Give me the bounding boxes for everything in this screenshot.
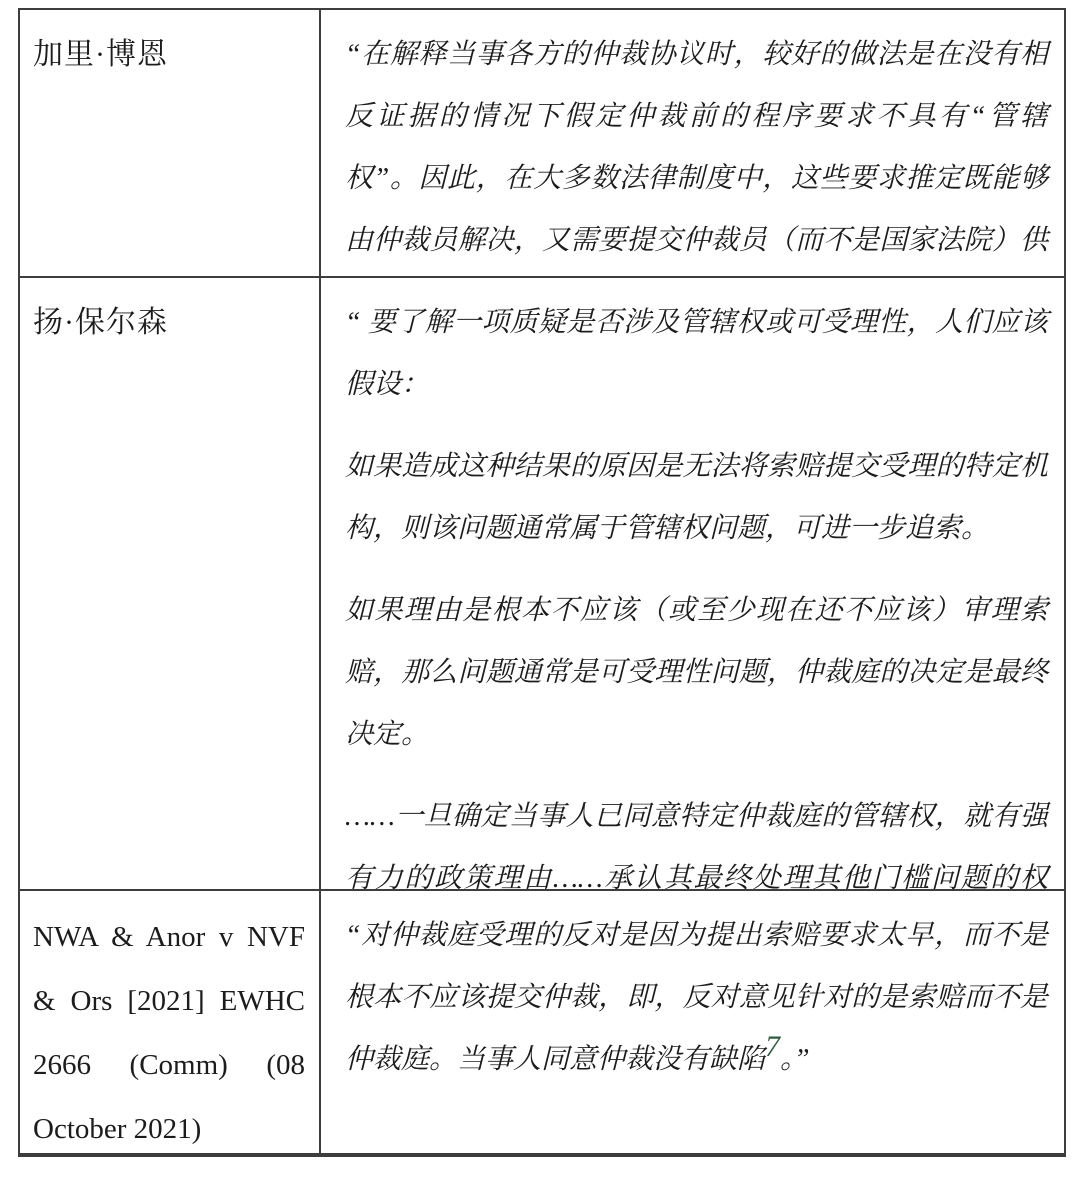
source-cell: 扬·保尔森: [20, 278, 321, 889]
quote-cell: “ 要了解一项质疑是否涉及管辖权或可受理性，人们应该假设： 如果造成这种结果的原…: [321, 278, 1064, 889]
quote-text: 如果造成这种结果的原因是无法将索赔提交受理的特定机构，则该问题通常属于管辖权问题…: [345, 451, 1048, 544]
quotes-table: 加里·博恩 “在解释当事各方的仲裁协议时，较好的做法是在没有相反证据的情况下假定…: [18, 8, 1066, 1157]
quote-cell: “在解释当事各方的仲裁协议时，较好的做法是在没有相反证据的情况下假定仲裁前的程序…: [321, 10, 1064, 276]
document-page: 加里·博恩 “在解释当事各方的仲裁协议时，较好的做法是在没有相反证据的情况下假定…: [0, 0, 1080, 1185]
quote-text: “对仲裁庭受理的反对是因为提出索赔要求太早，而不是根本不应该提交仲裁，即，反对意…: [345, 920, 1048, 1075]
case-citation: NWA & Anor v NVF & Ors [2021] EWHC 2666 …: [33, 905, 305, 1153]
quote-cell: “对仲裁庭受理的反对是因为提出索赔要求太早，而不是根本不应该提交仲裁，即，反对意…: [321, 891, 1064, 1153]
quote-text-end: 。”: [780, 1044, 810, 1075]
quote-paragraph: 如果造成这种结果的原因是无法将索赔提交受理的特定机构，则该问题通常属于管辖权问题…: [345, 436, 1048, 560]
quote-paragraph: 如果理由是根本不应该（或至少现在还不应该）审理索赔，那么问题通常是可受理性问题，…: [345, 580, 1048, 766]
quote-paragraph: “对仲裁庭受理的反对是因为提出索赔要求太早，而不是根本不应该提交仲裁，即，反对意…: [345, 905, 1048, 1091]
table-row-jan-paulsson: 扬·保尔森 “ 要了解一项质疑是否涉及管辖权或可受理性，人们应该假设： 如果造成…: [20, 278, 1064, 891]
source-cell: 加里·博恩: [20, 10, 321, 276]
author-name: 加里·博恩: [33, 24, 305, 86]
author-name: 扬·保尔森: [33, 292, 305, 354]
source-cell: NWA & Anor v NVF & Ors [2021] EWHC 2666 …: [20, 891, 321, 1153]
quote-text: ……一旦确定当事人已同意特定仲裁庭的管辖权，就有强有力的政策理由……承认其最终处…: [345, 801, 1048, 889]
quote-text: 如果理由是根本不应该（或至少现在还不应该）审理索赔，那么问题通常是可受理性问题，…: [345, 595, 1048, 750]
table-row-gary-born: 加里·博恩 “在解释当事各方的仲裁协议时，较好的做法是在没有相反证据的情况下假定…: [20, 10, 1064, 278]
quote-paragraph: ……一旦确定当事人已同意特定仲裁庭的管辖权，就有强有力的政策理由……承认其最终处…: [345, 786, 1048, 889]
table-row-nwa-case: NWA & Anor v NVF & Ors [2021] EWHC 2666 …: [20, 891, 1064, 1153]
quote-text: “ 要了解一项质疑是否涉及管辖权或可受理性，人们应该假设：: [345, 307, 1048, 400]
quote-paragraph: “ 要了解一项质疑是否涉及管辖权或可受理性，人们应该假设：: [345, 292, 1048, 416]
quote-text: “在解释当事各方的仲裁协议时，较好的做法是在没有相反证据的情况下假定仲裁前的程序…: [345, 39, 1048, 276]
quote-paragraph: “在解释当事各方的仲裁协议时，较好的做法是在没有相反证据的情况下假定仲裁前的程序…: [345, 24, 1048, 276]
